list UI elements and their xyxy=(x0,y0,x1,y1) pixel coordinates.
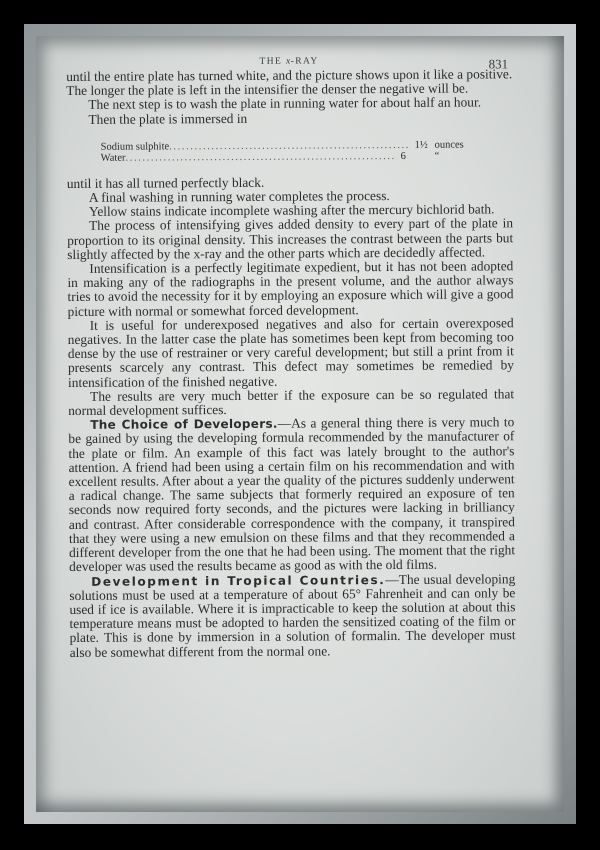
formula-quantity: 6 xyxy=(397,151,421,163)
formula-ingredient: Water xyxy=(101,153,126,165)
formula-quantity: 1½ xyxy=(411,140,435,152)
section-paragraph-tropical: Development in Tropical Countries.—The u… xyxy=(69,572,516,660)
formula-ingredient: Sodium sulphite xyxy=(101,141,170,153)
paragraph: Then the plate is immersed in xyxy=(66,110,512,127)
paragraph: The results are very much better if the … xyxy=(68,387,514,418)
formula-unit: ounces xyxy=(435,139,481,151)
section-paragraph-developers: The Choice of Developers.—As a general t… xyxy=(68,416,515,575)
paragraph: It is useful for underexposed negatives … xyxy=(68,316,514,390)
paragraph: Intensification is a perfectly legitimat… xyxy=(67,259,513,319)
page-number: 831 xyxy=(489,57,509,71)
leader-dots xyxy=(125,151,396,164)
paragraph: until the entire plate has turned white,… xyxy=(66,67,512,98)
paragraph: The next step is to wash the plate in ru… xyxy=(66,96,512,113)
formula-row: Water 6 “ xyxy=(101,151,481,165)
running-head: THE x-RAY 831 xyxy=(66,47,512,68)
running-title: THE x-RAY xyxy=(66,53,512,70)
paragraph: The process of intensifying gives added … xyxy=(67,217,513,262)
page-content: THE x-RAY 831 until the entire plate has… xyxy=(66,47,516,659)
formula-table: Sodium sulphite 1½ ounces Water 6 “ xyxy=(101,139,481,164)
formula-unit: “ xyxy=(421,151,481,163)
